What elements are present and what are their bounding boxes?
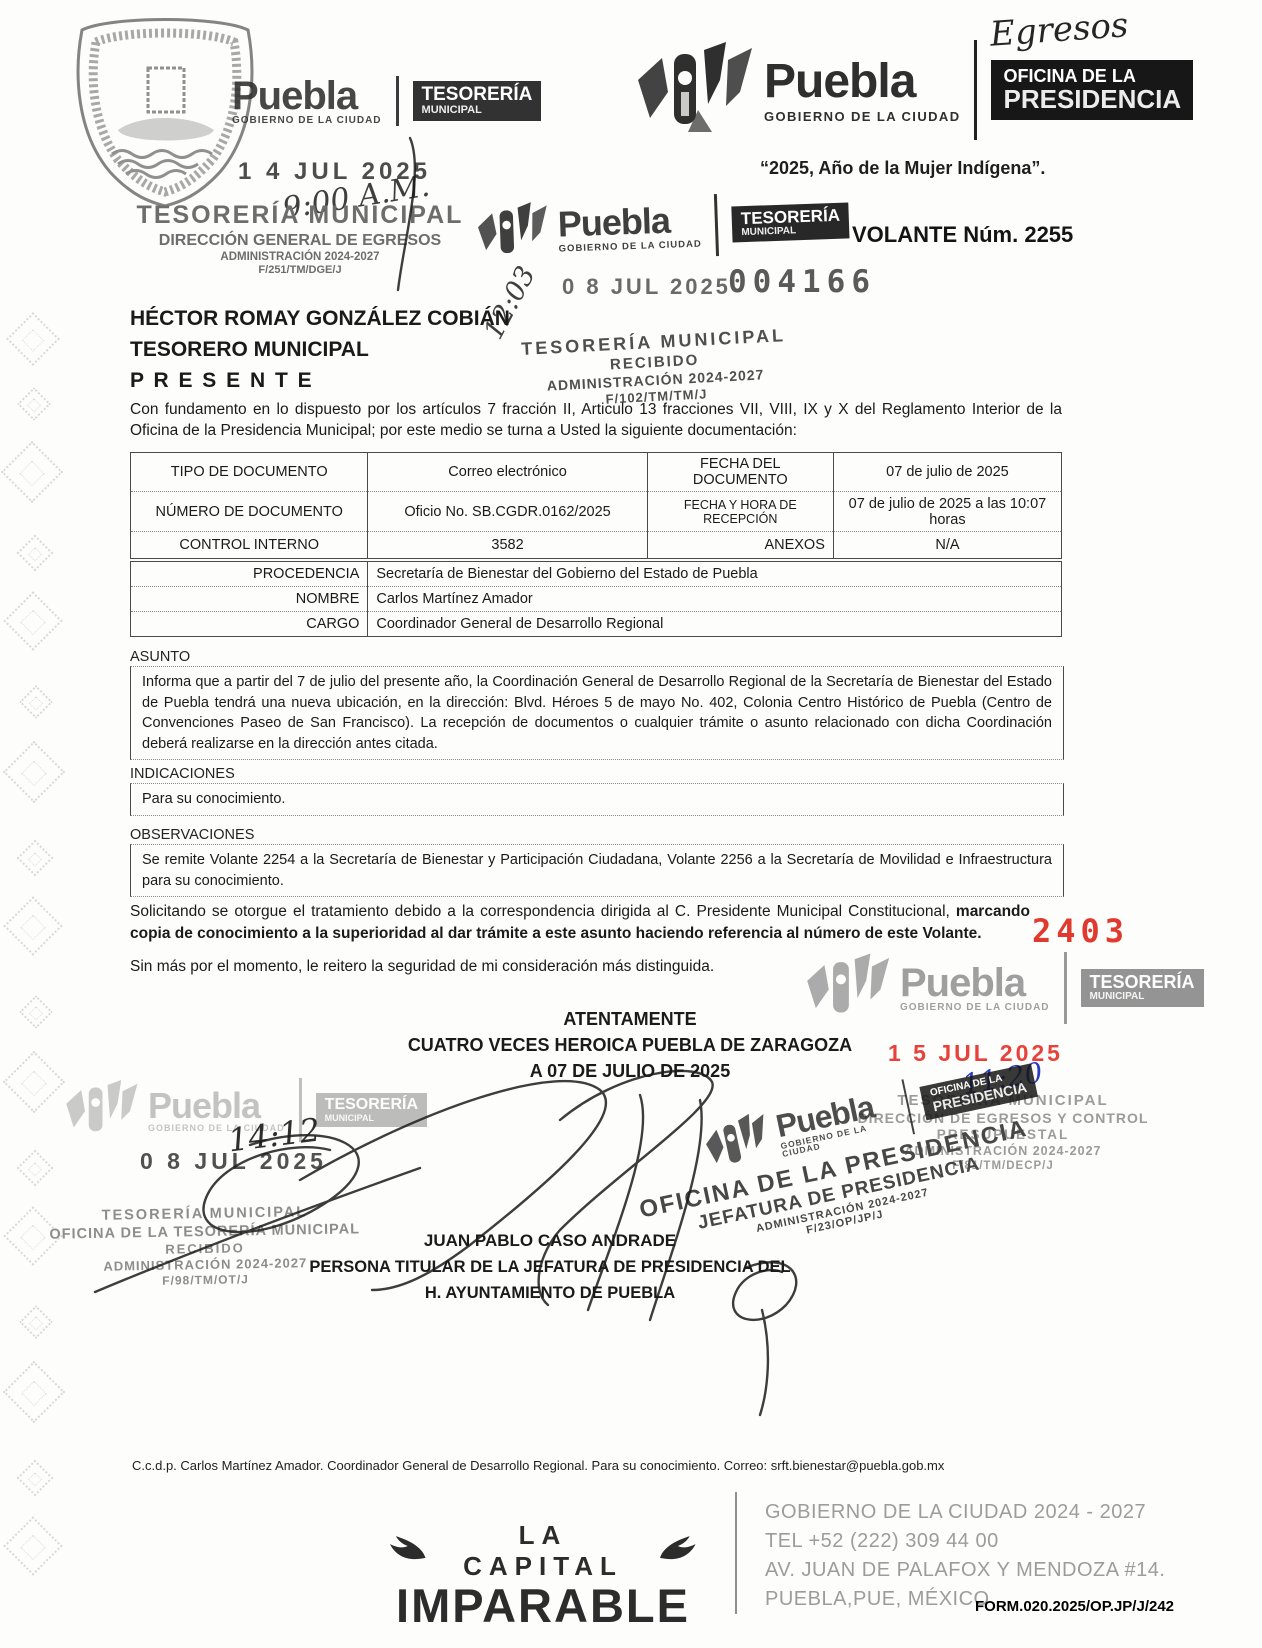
- table-row: CONTROL INTERNO 3582 ANEXOS N/A: [131, 532, 1062, 559]
- table-row: CARGO Coordinador General de Desarrollo …: [131, 612, 1062, 637]
- table-row: NÚMERO DE DOCUMENTO Oficio No. SB.CGDR.0…: [131, 492, 1062, 532]
- tesoreria-logo-stamp-topleft: Puebla GOBIERNO DE LA CIUDAD TESORERÍA M…: [232, 76, 541, 126]
- wing-right-icon: [658, 1536, 698, 1566]
- footer-gobierno: GOBIERNO DE LA CIUDAD 2024 - 2027: [765, 1498, 1165, 1527]
- tesoreria-badge: TESORERÍA MUNICIPAL: [1081, 969, 1204, 1006]
- cell-procedencia-label: PROCEDENCIA: [131, 562, 368, 587]
- signer-title-1: PERSONA TITULAR DE LA JEFATURA DE PRESID…: [300, 1254, 800, 1280]
- addressee-name: HÉCTOR ROMAY GONZÁLEZ COBIÁN: [130, 303, 510, 334]
- puebla-logo-icon: [471, 200, 551, 265]
- table-row: TIPO DE DOCUMENTO Correo electrónico FEC…: [131, 453, 1062, 492]
- volante-number: VOLANTE Núm. 2255: [852, 222, 1073, 248]
- signoff-date: A 07 DE JULIO DE 2025: [350, 1058, 910, 1084]
- cell-procedencia-value: Secretaría de Bienestar del Gobierno del…: [368, 562, 1062, 587]
- puebla-logo-icon: [60, 1078, 140, 1142]
- tesoreria-badge: TESORERÍA MUNICIPAL: [316, 1093, 427, 1127]
- tesoreria-badge: TESORERÍA MUNICIPAL: [413, 81, 542, 120]
- document-table: TIPO DE DOCUMENTO Correo electrónico FEC…: [130, 452, 1062, 559]
- red-folio-stamp: 2403: [1032, 912, 1129, 950]
- atentamente: ATENTAMENTE: [350, 1006, 910, 1032]
- cell-nombre-label: NOMBRE: [131, 587, 368, 612]
- addressee-title: TESORERO MUNICIPAL: [130, 334, 510, 365]
- tesoreria-logo-stamp-center: Puebla GOBIERNO DE LA CIUDAD TESORERÍA M…: [471, 189, 850, 264]
- puebla-sub: GOBIERNO DE LA CIUDAD: [232, 116, 382, 126]
- capital-imparable-logo: LA CAPITAL IMPARABLE: [388, 1520, 698, 1633]
- closing-paragraph: Solicitando se otorgue el tratamiento de…: [130, 901, 1030, 945]
- puebla-wordmark: Puebla: [232, 76, 357, 116]
- intro-paragraph: Con fundamento en lo dispuesto por los a…: [130, 399, 1062, 441]
- cell-cargo-label: CARGO: [131, 612, 368, 637]
- asunto-box: Informa que a partir del 7 de julio del …: [130, 666, 1064, 760]
- observaciones-box: Se remite Volante 2254 a la Secretaría d…: [130, 844, 1064, 897]
- cell-control-value: 3582: [368, 532, 647, 559]
- footer-tel: TEL +52 (222) 309 44 00: [765, 1527, 1165, 1556]
- tesoreria-badge: TESORERÍA MUNICIPAL: [731, 202, 849, 242]
- indicaciones-label: INDICACIONES: [130, 766, 235, 782]
- addressee-block: HÉCTOR ROMAY GONZÁLEZ COBIÁN TESORERO MU…: [130, 303, 510, 396]
- imparable-text: IMPARABLE: [388, 1578, 698, 1633]
- signer-title-2: H. AYUNTAMIENTO DE PUEBLA: [300, 1280, 800, 1306]
- cell-fecha-label: FECHA DEL DOCUMENTO: [647, 453, 833, 492]
- cell-recepcion-value: 07 de julio de 2025 a las 10:07 horas: [833, 492, 1061, 532]
- puebla-wordmark: Puebla: [764, 58, 915, 106]
- cell-fecha-value: 07 de julio de 2025: [833, 453, 1061, 492]
- presidencia-diagonal-stamp: Puebla GOBIERNO DE LA CIUDAD OFICINA DE …: [608, 1053, 1056, 1273]
- cell-recepcion-label: FECHA Y HORA DE RECEPCIÓN: [647, 492, 833, 532]
- cell-tipo-label: TIPO DE DOCUMENTO: [131, 453, 368, 492]
- capital-text: LA CAPITAL: [434, 1520, 653, 1582]
- footer-contact-block: GOBIERNO DE LA CIUDAD 2024 - 2027 TEL +5…: [765, 1498, 1165, 1614]
- puebla-logo-icon: [628, 40, 756, 140]
- scanned-document-page: Puebla GOBIERNO DE LA CIUDAD TESORERÍA M…: [0, 0, 1262, 1648]
- origin-table: PROCEDENCIA Secretaría de Bienestar del …: [130, 561, 1062, 637]
- signoff-city: CUATRO VECES HEROICA PUEBLA DE ZARAGOZA: [350, 1032, 910, 1058]
- presidencia-badge: OFICINA DE LA PRESIDENCIA: [920, 1064, 1038, 1120]
- closing-normal: Solicitando se otorgue el tratamiento de…: [130, 903, 956, 920]
- cell-control-label: CONTROL INTERNO: [131, 532, 368, 559]
- footer-divider: [735, 1492, 737, 1614]
- puebla-logo-icon: [696, 1109, 776, 1178]
- wing-left-icon: [388, 1536, 428, 1566]
- cell-numero-value: Oficio No. SB.CGDR.0162/2025: [368, 492, 647, 532]
- observaciones-label: OBSERVACIONES: [130, 827, 254, 843]
- tesoreria-egresos-stamp-text: TESORERÍA MUNICIPAL DIRECCIÓN GENERAL DE…: [110, 200, 490, 277]
- cell-numero-label: NÚMERO DE DOCUMENTO: [131, 492, 368, 532]
- puebla-sub: GOBIERNO DE LA CIUDAD: [764, 110, 960, 123]
- indicaciones-box: Para su conocimiento.: [130, 783, 1064, 816]
- signoff-block: ATENTAMENTE CUATRO VECES HEROICA PUEBLA …: [350, 1006, 910, 1084]
- cell-tipo-value: Correo electrónico: [368, 453, 647, 492]
- table-row: PROCEDENCIA Secretaría de Bienestar del …: [131, 562, 1062, 587]
- received-date-bottomleft: 0 8 JUL 2025: [140, 1148, 327, 1175]
- cell-anexos-value: N/A: [833, 532, 1061, 559]
- closing-final-line: Sin más por el momento, le reitero la se…: [130, 958, 714, 976]
- cell-cargo-value: Coordinador General de Desarrollo Region…: [368, 612, 1062, 637]
- cell-nombre-value: Carlos Martínez Amador: [368, 587, 1062, 612]
- asunto-label: ASUNTO: [130, 649, 190, 665]
- cell-anexos-label: ANEXOS: [647, 532, 833, 559]
- presidencia-badge: OFICINA DE LA PRESIDENCIA: [991, 60, 1193, 120]
- footer-address: AV. JUAN DE PALAFOX Y MENDOZA #14.: [765, 1556, 1165, 1585]
- motto: “2025, Año de la Mujer Indígena”.: [760, 158, 1045, 179]
- presidencia-logo-header: Puebla GOBIERNO DE LA CIUDAD OFICINA DE …: [628, 40, 1193, 140]
- received-date-center: 0 8 JUL 2025: [562, 274, 731, 300]
- ccdp-line: C.c.d.p. Carlos Martínez Amador. Coordin…: [132, 1458, 944, 1473]
- addressee-salutation: P R E S E N T E: [130, 365, 510, 396]
- form-code: FORM.020.2025/OP.JP/J/242: [975, 1598, 1174, 1615]
- folio-number-stamp: 004166: [728, 264, 876, 300]
- table-row: NOMBRE Carlos Martínez Amador: [131, 587, 1062, 612]
